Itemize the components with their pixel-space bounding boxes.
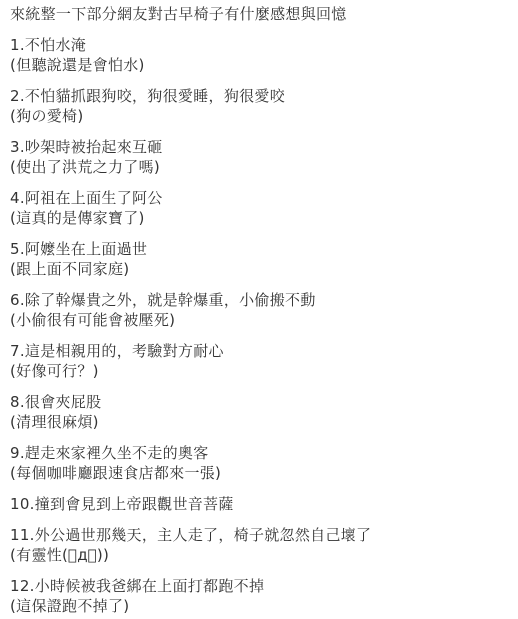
list-item: 4.阿祖在上面生了阿公(這真的是傳家寶了): [10, 188, 508, 228]
item-line: 1.不怕水淹: [10, 35, 508, 55]
item-line: 11.外公過世那幾天，主人走了，椅子就忽然自己壞了: [10, 525, 508, 545]
items-list: 1.不怕水淹(但聽說還是會怕水)2.不怕貓抓跟狗咬，狗很愛睡，狗很愛咬(狗の愛椅…: [10, 35, 508, 616]
post-content: 來統整一下部分網友對古早椅子有什麼感想與回憶 1.不怕水淹(但聽說還是會怕水)2…: [0, 0, 518, 616]
item-line: 9.趕走來家裡久坐不走的奧客: [10, 443, 508, 463]
item-comment: (但聽說還是會怕水): [10, 55, 508, 75]
list-item: 3.吵架時被抬起來互砸(使出了洪荒之力了嗎): [10, 137, 508, 177]
item-line: 6.除了幹爆貴之外，就是幹爆重，小偷搬不動: [10, 290, 508, 310]
list-item: 1.不怕水淹(但聽說還是會怕水): [10, 35, 508, 75]
list-item: 2.不怕貓抓跟狗咬，狗很愛睡，狗很愛咬(狗の愛椅): [10, 86, 508, 126]
item-comment: (清理很麻煩): [10, 412, 508, 432]
list-item: 5.阿嬤坐在上面過世(跟上面不同家庭): [10, 239, 508, 279]
item-comment: (這真的是傳家寶了): [10, 208, 508, 228]
list-item: 10.撞到會見到上帝跟觀世音菩薩: [10, 494, 508, 514]
list-item: 11.外公過世那幾天，主人走了，椅子就忽然自己壞了(有靈性(゚д゚)): [10, 525, 508, 565]
item-comment: (有靈性(゚д゚)): [10, 545, 508, 565]
item-comment: (跟上面不同家庭): [10, 259, 508, 279]
list-item: 9.趕走來家裡久坐不走的奧客(每個咖啡廳跟速食店都來一張): [10, 443, 508, 483]
item-line: 7.這是相親用的，考驗對方耐心: [10, 341, 508, 361]
item-comment: (這保證跑不掉了): [10, 596, 508, 616]
item-line: 5.阿嬤坐在上面過世: [10, 239, 508, 259]
post-title: 來統整一下部分網友對古早椅子有什麼感想與回憶: [10, 4, 508, 24]
item-line: 4.阿祖在上面生了阿公: [10, 188, 508, 208]
list-item: 6.除了幹爆貴之外，就是幹爆重，小偷搬不動(小偷很有可能會被壓死): [10, 290, 508, 330]
item-line: 10.撞到會見到上帝跟觀世音菩薩: [10, 494, 508, 514]
item-line: 2.不怕貓抓跟狗咬，狗很愛睡，狗很愛咬: [10, 86, 508, 106]
list-item: 12.小時候被我爸綁在上面打都跑不掉(這保證跑不掉了): [10, 576, 508, 616]
list-item: 8.很會夾屁股(清理很麻煩): [10, 392, 508, 432]
list-item: 7.這是相親用的，考驗對方耐心(好像可行？): [10, 341, 508, 381]
item-line: 3.吵架時被抬起來互砸: [10, 137, 508, 157]
item-line: 8.很會夾屁股: [10, 392, 508, 412]
item-comment: (每個咖啡廳跟速食店都來一張): [10, 463, 508, 483]
item-comment: (使出了洪荒之力了嗎): [10, 157, 508, 177]
item-comment: (好像可行？): [10, 361, 508, 381]
item-comment: (小偷很有可能會被壓死): [10, 310, 508, 330]
item-comment: (狗の愛椅): [10, 106, 508, 126]
item-line: 12.小時候被我爸綁在上面打都跑不掉: [10, 576, 508, 596]
